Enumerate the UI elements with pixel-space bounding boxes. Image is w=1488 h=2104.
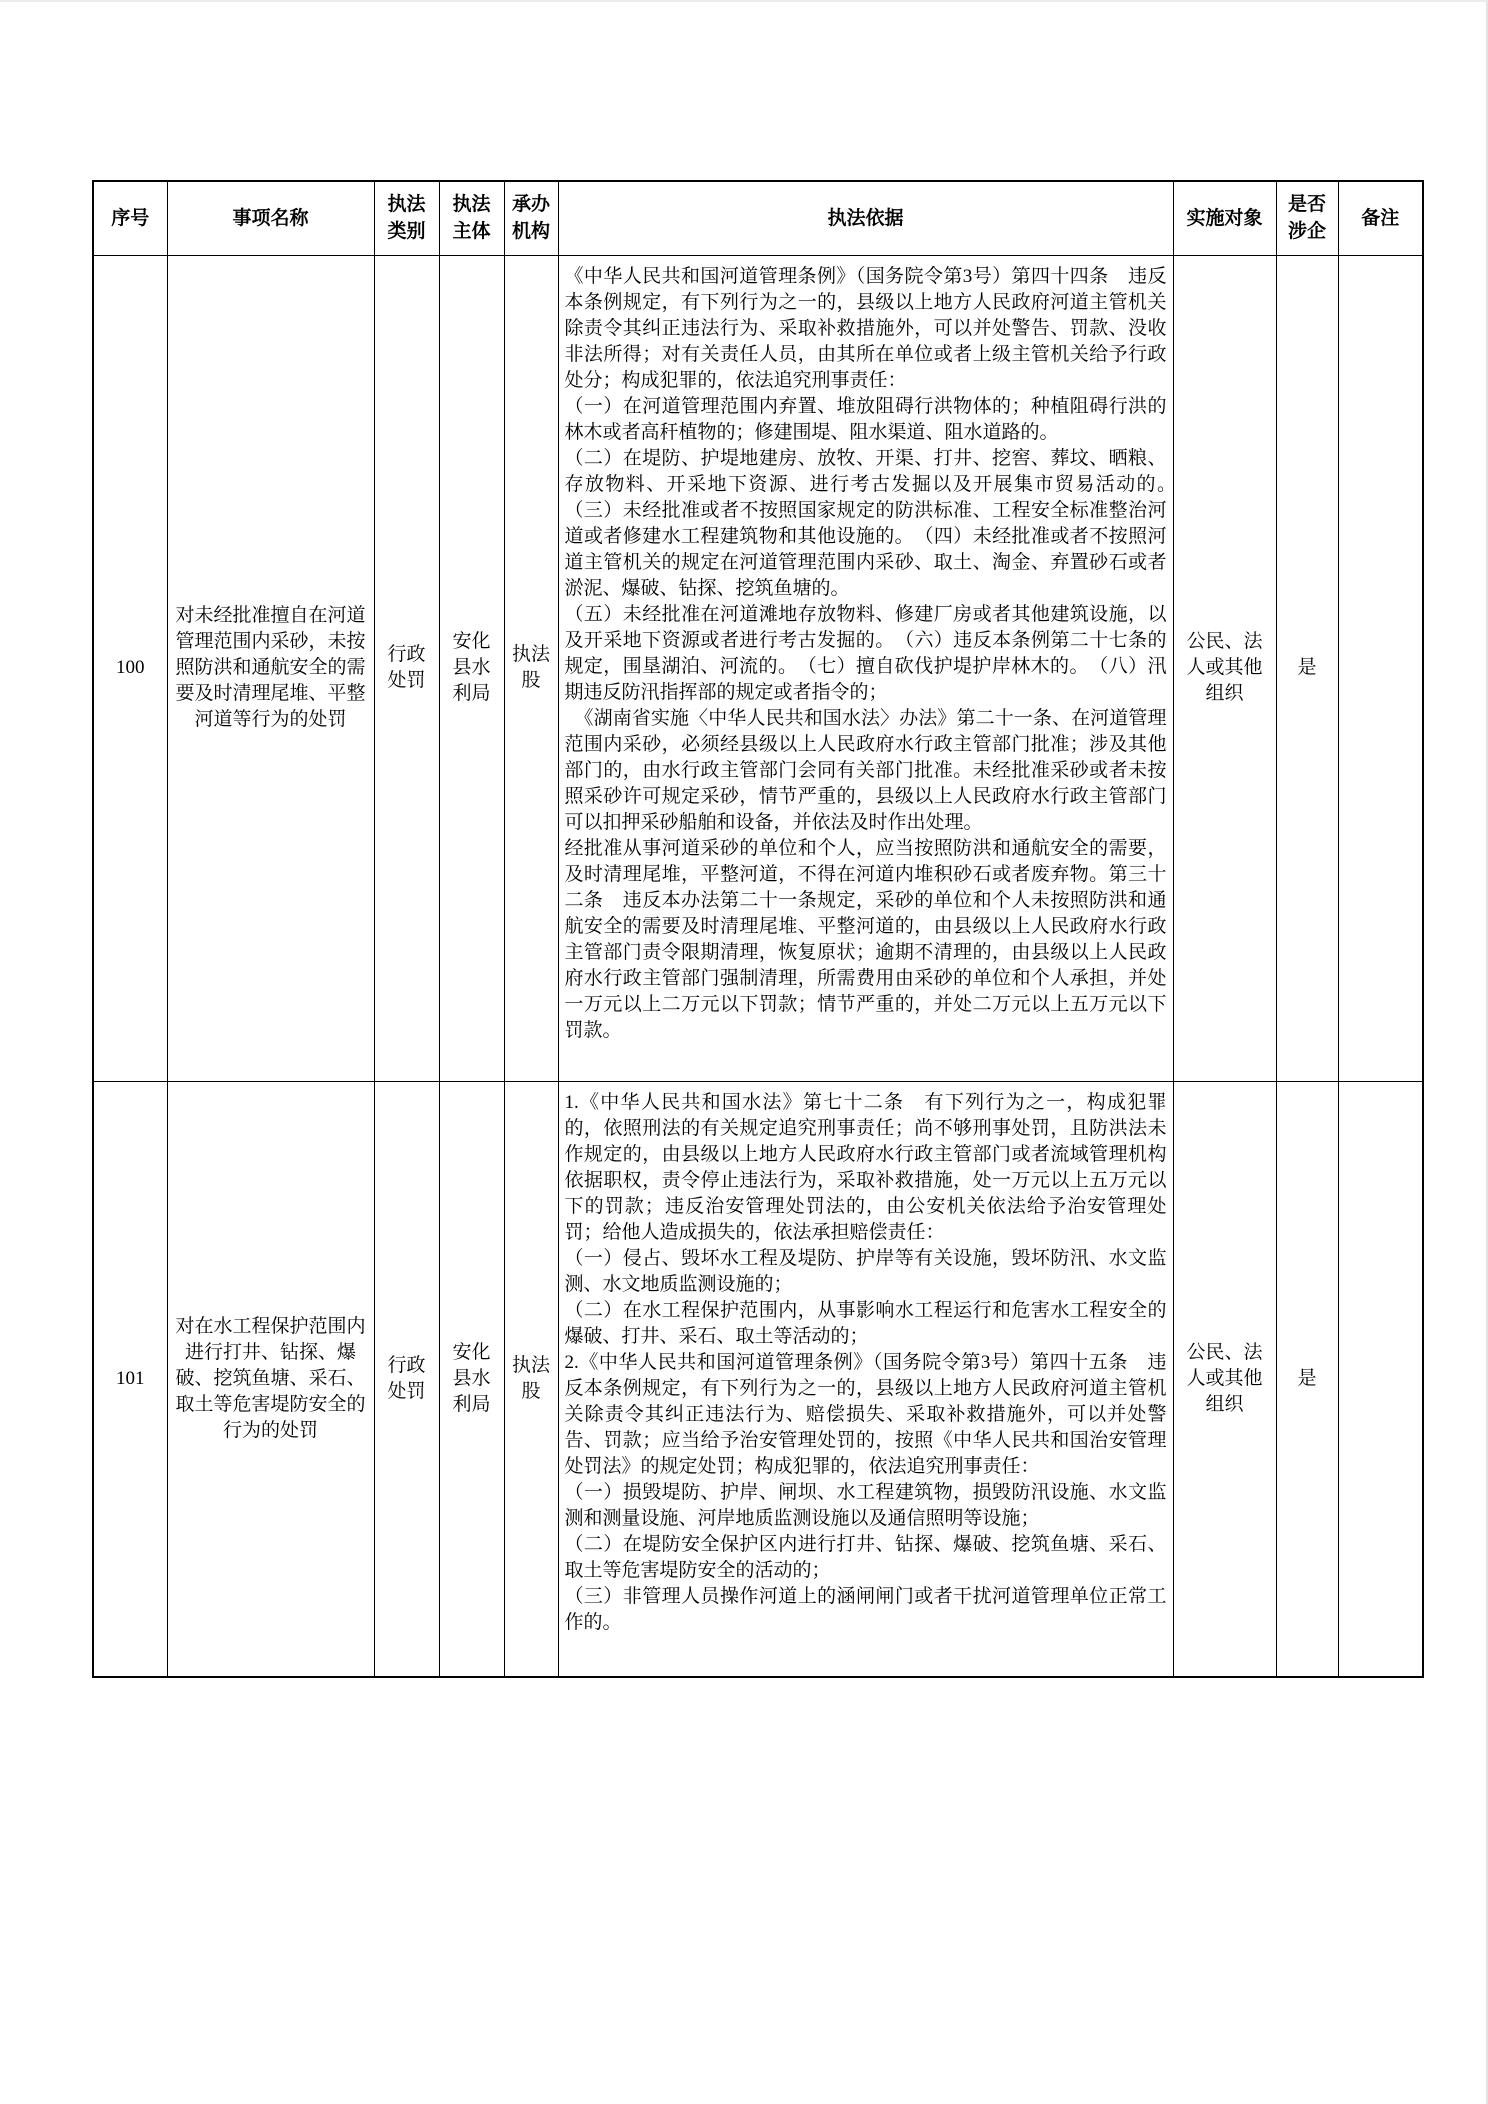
basis-paragraph: （一）在河道管理范围内弃置、堆放阻碍行洪物体的；种植阻碍行洪的林木或者高秆植物的… (565, 394, 1167, 446)
cell-agency: 执法股 (504, 255, 558, 1081)
cell-basis: 《中华人民共和国河道管理条例》（国务院令第3号）第四十四条 违反本条例规定，有下… (558, 255, 1173, 1081)
cell-subject: 安化县水利局 (439, 255, 504, 1081)
cell-involves-enterprise: 是 (1276, 255, 1338, 1081)
cell-target: 公民、法人或其他组织 (1173, 255, 1276, 1081)
col-header-item-name: 事项名称 (167, 181, 374, 255)
cell-involves-enterprise: 是 (1276, 1081, 1338, 1677)
basis-paragraph: 《中华人民共和国河道管理条例》（国务院令第3号）第四十四条 违反本条例规定，有下… (565, 264, 1167, 394)
col-header-subject: 执法主体 (439, 181, 504, 255)
col-header-basis: 执法依据 (558, 181, 1173, 255)
col-header-category: 执法类别 (374, 181, 439, 255)
header-row: 序号 事项名称 执法类别 执法主体 承办机构 执法依据 实施对象 是否涉企 备注 (93, 181, 1423, 255)
table-row-100: 100 对未经批准擅自在河道管理范围内采砂，未按照防洪和通航安全的需要及时清理尾… (93, 255, 1423, 1081)
cell-agency: 执法股 (504, 1081, 558, 1677)
cell-target: 公民、法人或其他组织 (1173, 1081, 1276, 1677)
col-header-seq: 序号 (93, 181, 167, 255)
basis-paragraph: （二）在水工程保护范围内，从事影响水工程运行和危害水工程安全的爆破、打井、采石、… (565, 1298, 1167, 1350)
col-header-involves-enterprise: 是否涉企 (1276, 181, 1338, 255)
basis-paragraph: （一）侵占、毁坏水工程及堤防、护岸等有关设施，毁坏防汛、水文监测、水文地质监测设… (565, 1246, 1167, 1298)
cell-item-name: 对在水工程保护范围内进行打井、钻探、爆破、挖筑鱼塘、采石、取土等危害堤防安全的行… (167, 1081, 374, 1677)
basis-paragraph: （五）未经批准在河道滩地存放物料、修建厂房或者其他建筑设施，以及开采地下资源或者… (565, 602, 1167, 706)
document-page: 序号 事项名称 执法类别 执法主体 承办机构 执法依据 实施对象 是否涉企 备注… (0, 0, 1488, 2104)
cell-seq: 100 (93, 255, 167, 1081)
col-header-remark: 备注 (1338, 181, 1423, 255)
col-header-target: 实施对象 (1173, 181, 1276, 255)
basis-paragraph: 1.《中华人民共和国水法》第七十二条 有下列行为之一，构成犯罪的，依照刑法的有关… (565, 1090, 1167, 1246)
basis-paragraph: 《湖南省实施〈中华人民共和国水法〉办法》第二十一条、在河道管理范围内采砂，必须经… (565, 706, 1167, 836)
table-row-101: 101 对在水工程保护范围内进行打井、钻探、爆破、挖筑鱼塘、采石、取土等危害堤防… (93, 1081, 1423, 1677)
cell-remark (1338, 255, 1423, 1081)
basis-text-block: 《中华人民共和国河道管理条例》（国务院令第3号）第四十四条 违反本条例规定，有下… (565, 264, 1167, 1072)
cell-item-name: 对未经批准擅自在河道管理范围内采砂，未按照防洪和通航安全的需要及时清理尾堆、平整… (167, 255, 374, 1081)
basis-paragraph: （二）在堤防、护堤地建房、放牧、开渠、打井、挖窖、葬坟、晒粮、存放物料、开采地下… (565, 446, 1167, 602)
cell-category: 行政处罚 (374, 255, 439, 1081)
col-header-agency: 承办机构 (504, 181, 558, 255)
basis-paragraph: 经批准从事河道采砂的单位和个人，应当按照防洪和通航安全的需要，及时清理尾堆，平整… (565, 836, 1167, 1044)
basis-text-block: 1.《中华人民共和国水法》第七十二条 有下列行为之一，构成犯罪的，依照刑法的有关… (565, 1090, 1167, 1668)
basis-paragraph: （二）在堤防安全保护区内进行打井、钻探、爆破、挖筑鱼塘、采石、取土等危害堤防安全… (565, 1532, 1167, 1584)
basis-paragraph: 2.《中华人民共和国河道管理条例》（国务院令第3号）第四十五条 违反本条例规定，… (565, 1350, 1167, 1480)
cell-remark (1338, 1081, 1423, 1677)
basis-paragraph: （三）非管理人员操作河道上的涵闸闸门或者干扰河道管理单位正常工作的。 (565, 1584, 1167, 1636)
cell-basis: 1.《中华人民共和国水法》第七十二条 有下列行为之一，构成犯罪的，依照刑法的有关… (558, 1081, 1173, 1677)
basis-paragraph: （一）损毁堤防、护岸、闸坝、水工程建筑物，损毁防汛设施、水文监测和测量设施、河岸… (565, 1480, 1167, 1532)
cell-seq: 101 (93, 1081, 167, 1677)
cell-category: 行政处罚 (374, 1081, 439, 1677)
cell-subject: 安化县水利局 (439, 1081, 504, 1677)
enforcement-matters-table: 序号 事项名称 执法类别 执法主体 承办机构 执法依据 实施对象 是否涉企 备注… (92, 180, 1424, 1678)
